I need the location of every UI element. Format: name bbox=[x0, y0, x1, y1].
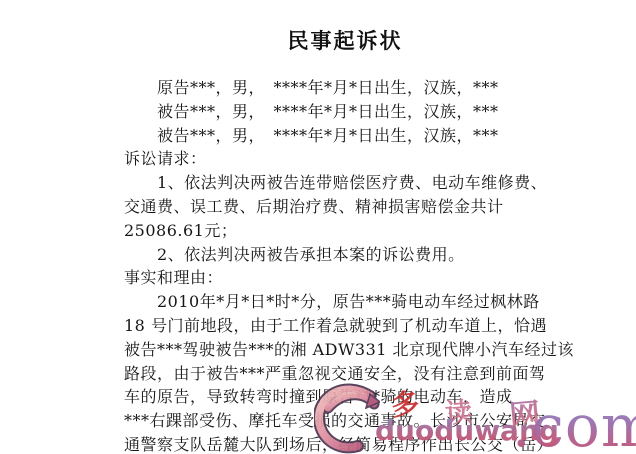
document-line: 2、依法判决两被告承担本案的诉讼费用。 bbox=[124, 243, 524, 267]
document-line: 25086.61元； bbox=[124, 219, 524, 243]
document-line: 车的原告，导致转弯时撞到原告***骑的电动车，造成 bbox=[124, 385, 524, 409]
document-line: 1、依法判决两被告连带赔偿医疗费、电动车维修费、 bbox=[124, 171, 524, 195]
document-line: 被告***，男， ****年*月*日出生，汉族，*** bbox=[124, 100, 524, 124]
document-line: 路段，由于被告***严重忽视交通安全，没有注意到前面驾 bbox=[124, 362, 524, 386]
document-line: 被告***，男， ****年*月*日出生，汉族，*** bbox=[124, 124, 524, 148]
document-line: 被告***驾驶被告***的湘 ADW331 北京现代牌小汽车经过该 bbox=[124, 338, 524, 362]
document-line: 诉讼请求： bbox=[124, 147, 524, 171]
document-page: 民事起诉状 原告***，男， ****年*月*日出生，汉族，*** 被告***，… bbox=[0, 0, 636, 454]
document-body: 原告***，男， ****年*月*日出生，汉族，*** 被告***，男， ***… bbox=[124, 76, 524, 454]
document-line: 交通费、误工费、后期治疗费、精神损害赔偿金共计 bbox=[124, 195, 524, 219]
document-line: 事实和理由： bbox=[124, 266, 524, 290]
document-title: 民事起诉状 bbox=[288, 25, 403, 55]
document-line: 原告***，男， ****年*月*日出生，汉族，*** bbox=[124, 76, 524, 100]
document-line: 通警察支队岳麓大队到场后，经简易程序作出长公交（岳） bbox=[124, 433, 524, 454]
document-line: ***右踝部受伤、摩托车受损的交通事故。长沙市公安局交 bbox=[124, 409, 524, 433]
document-line: 18 号门前地段，由于工作着急就驶到了机动车道上，恰遇 bbox=[124, 314, 524, 338]
document-line: 2010年*月*日*时*分，原告***骑电动车经过枫林路 bbox=[124, 290, 524, 314]
